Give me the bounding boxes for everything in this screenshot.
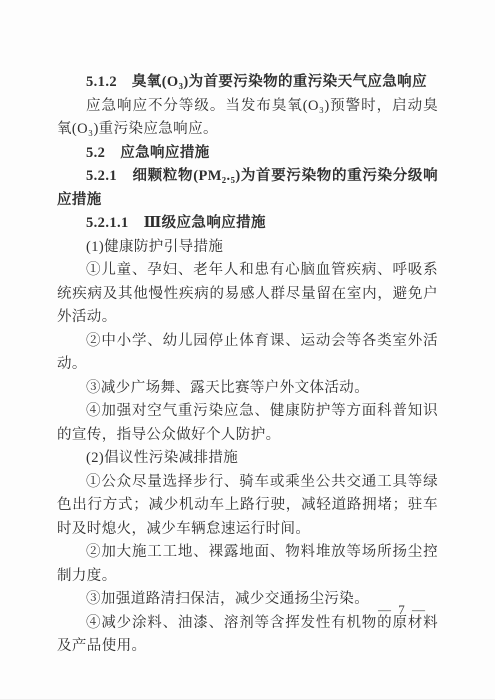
list-item-health-measures-title: (1)健康防护引导措施 — [57, 236, 438, 260]
heading-5-2-1-1: 5.2.1.1 Ⅲ级应急响应措施 — [57, 212, 438, 236]
list-item-health-2: ②中小学、幼儿园停止体育课、运动会等各类室外活动。 — [57, 330, 438, 377]
heading-5-1-2: 5.1.2 臭氧(O₃)为首要污染物的重污染天气应急响应 — [57, 71, 438, 95]
page-number: — 7 — — [0, 602, 427, 618]
heading-5-2-1: 5.2.1 细颗粒物(PM₂.₅)为首要污染物的重污染分级响应措施 — [57, 165, 438, 212]
list-item-reduction-measures-title: (2)倡议性污染减排措施 — [57, 447, 438, 471]
list-item-reduction-2: ②加大施工工地、裸露地面、物料堆放等场所扬尘控制力度。 — [57, 541, 438, 588]
list-item-health-1: ①儿童、孕妇、老年人和患有心脑血管疾病、呼吸系统疾病及其他慢性疾病的易感人群尽量… — [57, 259, 438, 330]
list-item-reduction-4: ④减少涂料、油漆、溶剂等含挥发性有机物的原材料及产品使用。 — [57, 612, 438, 659]
heading-5-2: 5.2 应急响应措施 — [57, 142, 438, 166]
document-page: 5.1.2 臭氧(O₃)为首要污染物的重污染天气应急响应 应急响应不分等级。当发… — [0, 0, 495, 700]
list-item-health-3: ③减少广场舞、露天比赛等户外文体活动。 — [57, 377, 438, 401]
document-body: 5.1.2 臭氧(O₃)为首要污染物的重污染天气应急响应 应急响应不分等级。当发… — [57, 71, 438, 659]
paragraph: 应急响应不分等级。当发布臭氧(O₃)预警时，启动臭氧(O₃)重污染应急响应。 — [57, 95, 438, 142]
list-item-reduction-1: ①公众尽量选择步行、骑车或乘坐公共交通工具等绿色出行方式；减少机动车上路行驶，减… — [57, 471, 438, 542]
list-item-health-4: ④加强对空气重污染应急、健康防护等方面科普知识的宣传，指导公众做好个人防护。 — [57, 400, 438, 447]
